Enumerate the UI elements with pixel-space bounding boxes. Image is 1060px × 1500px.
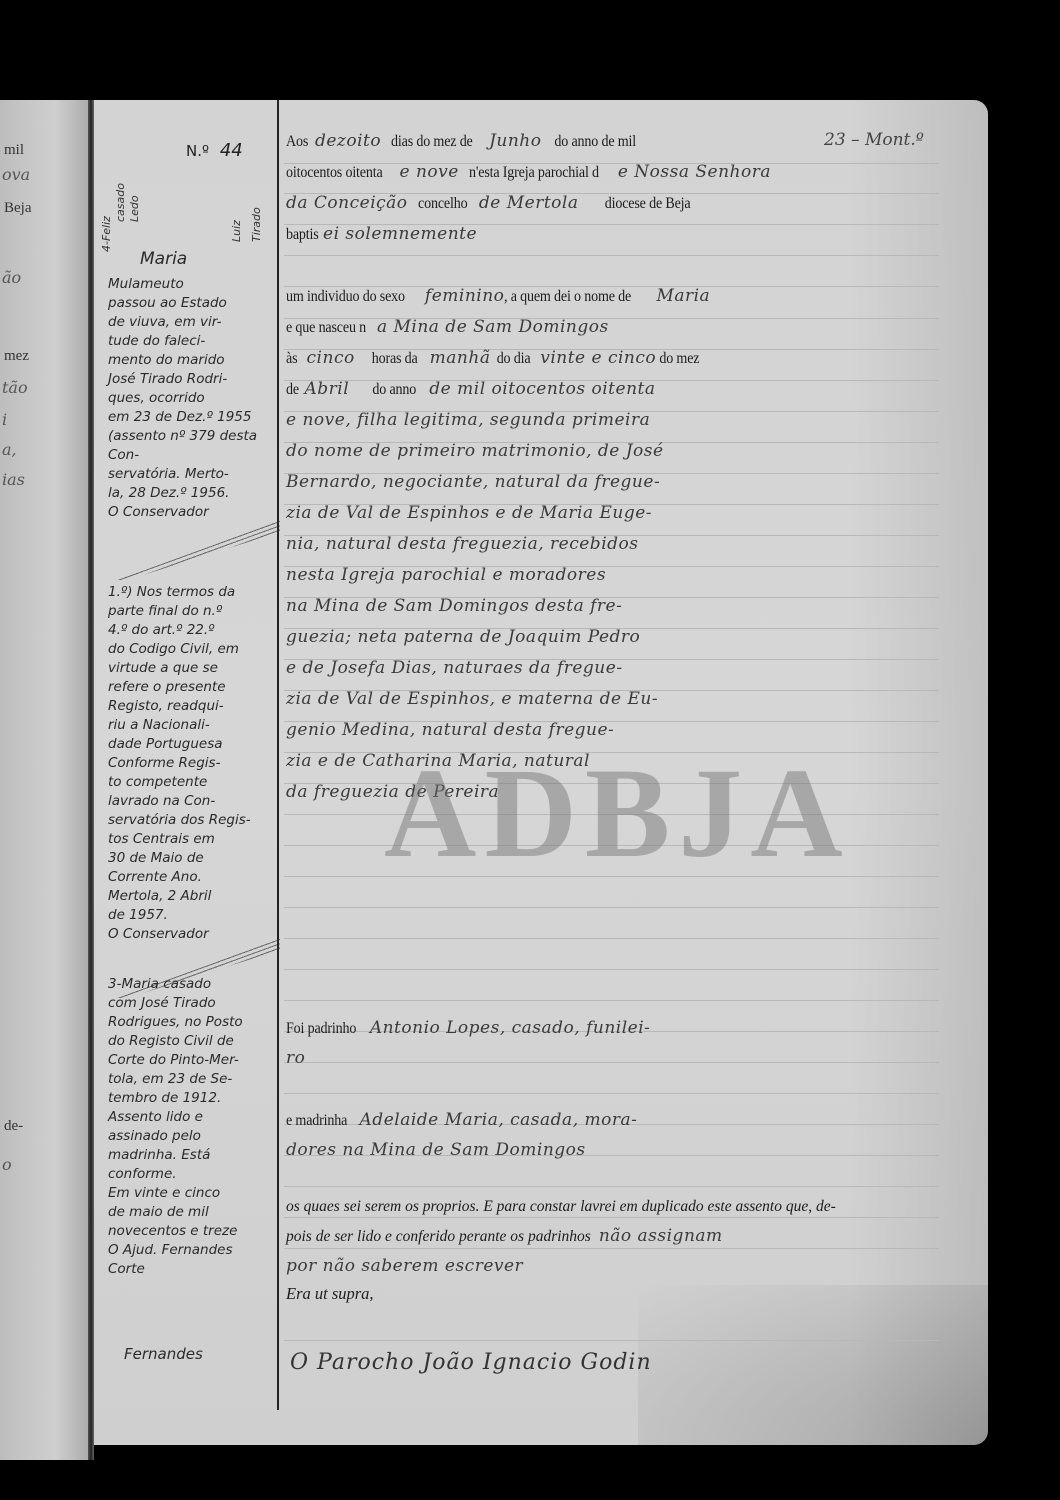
handwritten-text: de Mertola (479, 193, 579, 213)
record-line: zia de Val de Espinhos, e materna de Eu- (286, 689, 936, 719)
fragment-text: de- (4, 1118, 23, 1135)
record-line: um individuo do sexo feminino, a quem de… (286, 286, 936, 316)
printed-text: às (286, 350, 304, 368)
handwritten-text: cinco (307, 348, 355, 368)
handwritten-text: de mil oitocentos oitenta (429, 379, 655, 399)
register-page: 4-Feliz casado Ledo Luiz Tirado N.º 44 M… (94, 100, 988, 1445)
vertical-note: casado (114, 102, 127, 222)
record-line: da Conceição concelho de Mertola diocese… (286, 193, 936, 223)
handwritten-text: zia de Val de Espinhos e de Maria Euge- (286, 503, 652, 523)
record-line: na Mina de Sam Domingos desta fre- (286, 596, 936, 626)
printed-text: do anno de mil (541, 133, 636, 151)
godfather-label: Foi padrinho (286, 1020, 356, 1038)
fragment-handwriting: ova (2, 165, 30, 184)
fragment-handwriting: o (2, 1155, 12, 1174)
handwritten-text: nesta Igreja parochial e moradores (286, 565, 606, 585)
printed-text: , a quem dei o nome de (504, 288, 638, 306)
handwritten-text: da freguezia de Pereira (286, 782, 499, 802)
handwritten-text: manhã (430, 348, 491, 368)
printed-text: de (286, 381, 302, 399)
printed-text: Aos (286, 133, 312, 151)
handwritten-text: dezoito (315, 131, 381, 151)
margin-note-nationality: 1.º) Nos termos da parte final do n.º 4.… (108, 583, 280, 944)
godmother-label: e madrinha (286, 1112, 347, 1130)
handwritten-text: da Conceição (286, 193, 408, 213)
margin-note-widowhood: Mulameuto passou ao Estado de viuva, em … (108, 275, 280, 522)
closing-line-1: os quaes sei serem os proprios. E para c… (286, 1198, 936, 1228)
margin-column: 4-Feliz casado Ledo Luiz Tirado N.º 44 M… (100, 100, 276, 1420)
record-line: zia e de Catharina Maria, natural (286, 751, 936, 781)
handwritten-text: ei solemnemente (323, 224, 477, 244)
printed-text: um individuo do sexo (286, 288, 408, 306)
handwritten-text: guezia; neta paterna de Joaquim Pedro (286, 627, 640, 647)
record-line: do nome de primeiro matrimonio, de José (286, 441, 936, 471)
godfather-value: Antonio Lopes, casado, funilei- (370, 1018, 651, 1038)
fragment-text: mil (4, 142, 24, 159)
fragment-handwriting: i (2, 410, 7, 429)
printed-text: baptis (286, 226, 319, 244)
handwritten-text: genio Medina, natural desta fregue- (286, 720, 614, 740)
printed-text: diocese de Beja (578, 195, 690, 213)
closing-line-3: por não saberem escrever (286, 1256, 936, 1286)
fragment-handwriting: a, (2, 440, 17, 459)
handwritten-text: Bernardo, negociante, natural da fregue- (286, 472, 660, 492)
record-line: nesta Igreja parochial e moradores (286, 565, 936, 595)
printed-text: concelho (408, 195, 471, 213)
handwritten-text: nia, natural desta freguezia, recebidos (286, 534, 638, 554)
printed-text: dias do mez de (381, 133, 476, 151)
handwritten-text: zia de Val de Espinhos, e materna de Eu- (286, 689, 658, 709)
vertical-note: Ledo (128, 102, 141, 222)
godfather-line-2: ro (286, 1048, 936, 1078)
vertical-note: 4-Feliz (100, 102, 113, 252)
handwritten-text: e de Josefa Dias, naturaes da fregue- (286, 658, 623, 678)
godmother-line-2: dores na Mina de Sam Domingos (286, 1140, 936, 1170)
handwritten-text: e nove, filha legitima, segunda primeira (286, 410, 650, 430)
record-line: de Abril do anno de mil oitocentos oiten… (286, 379, 936, 409)
handwritten-text: zia e de Catharina Maria, natural (286, 751, 590, 771)
record-line: e que nasceu na Mina de Sam Domingos (286, 317, 936, 347)
printed-text: do anno (349, 381, 419, 399)
vertical-note: Tirado (250, 102, 263, 242)
record-line: guezia; neta paterna de Joaquim Pedro (286, 627, 936, 657)
handwritten-text: e Nossa Senhora (618, 162, 771, 182)
handwritten-text: Junho (489, 131, 541, 151)
godfather-line: Foi padrinho Antonio Lopes, casado, funi… (286, 1018, 936, 1048)
record-line: às cinco horas da manhã do dia vinte e c… (286, 348, 936, 378)
printed-text: do dia (490, 350, 534, 368)
handwritten-text: Maria (656, 286, 710, 306)
priest-signature: O Parocho João Ignacio Godin (290, 1350, 652, 1375)
fragment-handwriting: ão (2, 268, 21, 287)
fragment-text: Beja (4, 200, 32, 217)
handwritten-text: feminino (425, 286, 504, 306)
record-line (286, 255, 936, 285)
era-ut-supra: Era ut supra, (286, 1284, 936, 1314)
handwritten-text: e nove (400, 162, 459, 182)
record-line: baptisei solemnemente (286, 224, 936, 254)
fragment-text: mez (4, 348, 29, 365)
fragment-handwriting: ias (2, 470, 25, 489)
handwritten-text: do nome de primeiro matrimonio, de José (286, 441, 664, 461)
handwritten-text: na Mina de Sam Domingos desta fre- (286, 596, 622, 616)
handwritten-text: a Mina de Sam Domingos (377, 317, 609, 337)
margin-rule (277, 100, 279, 1410)
printed-text: do mez (656, 350, 699, 368)
printed-text: oitocentos oitenta (286, 164, 386, 182)
margin-signature: Fernandes (124, 1345, 296, 1364)
printed-text: n'esta Igreja parochial d (459, 164, 599, 182)
handwritten-text: Abril (305, 379, 350, 399)
registry-number: N.º 44 (186, 140, 243, 161)
vertical-note: Luiz (230, 102, 243, 242)
godmother-line: e madrinha Adelaide Maria, casada, mora- (286, 1110, 936, 1140)
printed-text: horas da (355, 350, 421, 368)
record-line: zia de Val de Espinhos e de Maria Euge- (286, 503, 936, 533)
margin-note-marriage: 3-Maria casado com José Tirado Rodrigues… (108, 975, 280, 1279)
closing-line-2: pois de ser lido e conferido perante os … (286, 1226, 936, 1256)
crossed-out-signature (110, 520, 280, 580)
fragment-handwriting: tão (2, 378, 28, 397)
printed-text: e que nasceu n (286, 319, 366, 337)
record-line: nia, natural desta freguezia, recebidos (286, 534, 936, 564)
record-line: da freguezia de Pereira (286, 782, 936, 812)
record-line: Aos dezoito dias do mez de Junho do anno… (286, 131, 936, 161)
record-line: e de Josefa Dias, naturaes da fregue- (286, 658, 936, 688)
godmother-value: Adelaide Maria, casada, mora- (360, 1110, 638, 1130)
record-line: e nove, filha legitima, segunda primeira (286, 410, 936, 440)
record-line: oitocentos oitenta e nove n'esta Igreja … (286, 162, 936, 192)
handwritten-text: vinte e cinco (540, 348, 656, 368)
record-line: genio Medina, natural desta fregue- (286, 720, 936, 750)
record-line: Bernardo, negociante, natural da fregue- (286, 472, 936, 502)
left-page-fragment: mil ova Beja ão mez tão i a, ias de- o (0, 100, 92, 1460)
